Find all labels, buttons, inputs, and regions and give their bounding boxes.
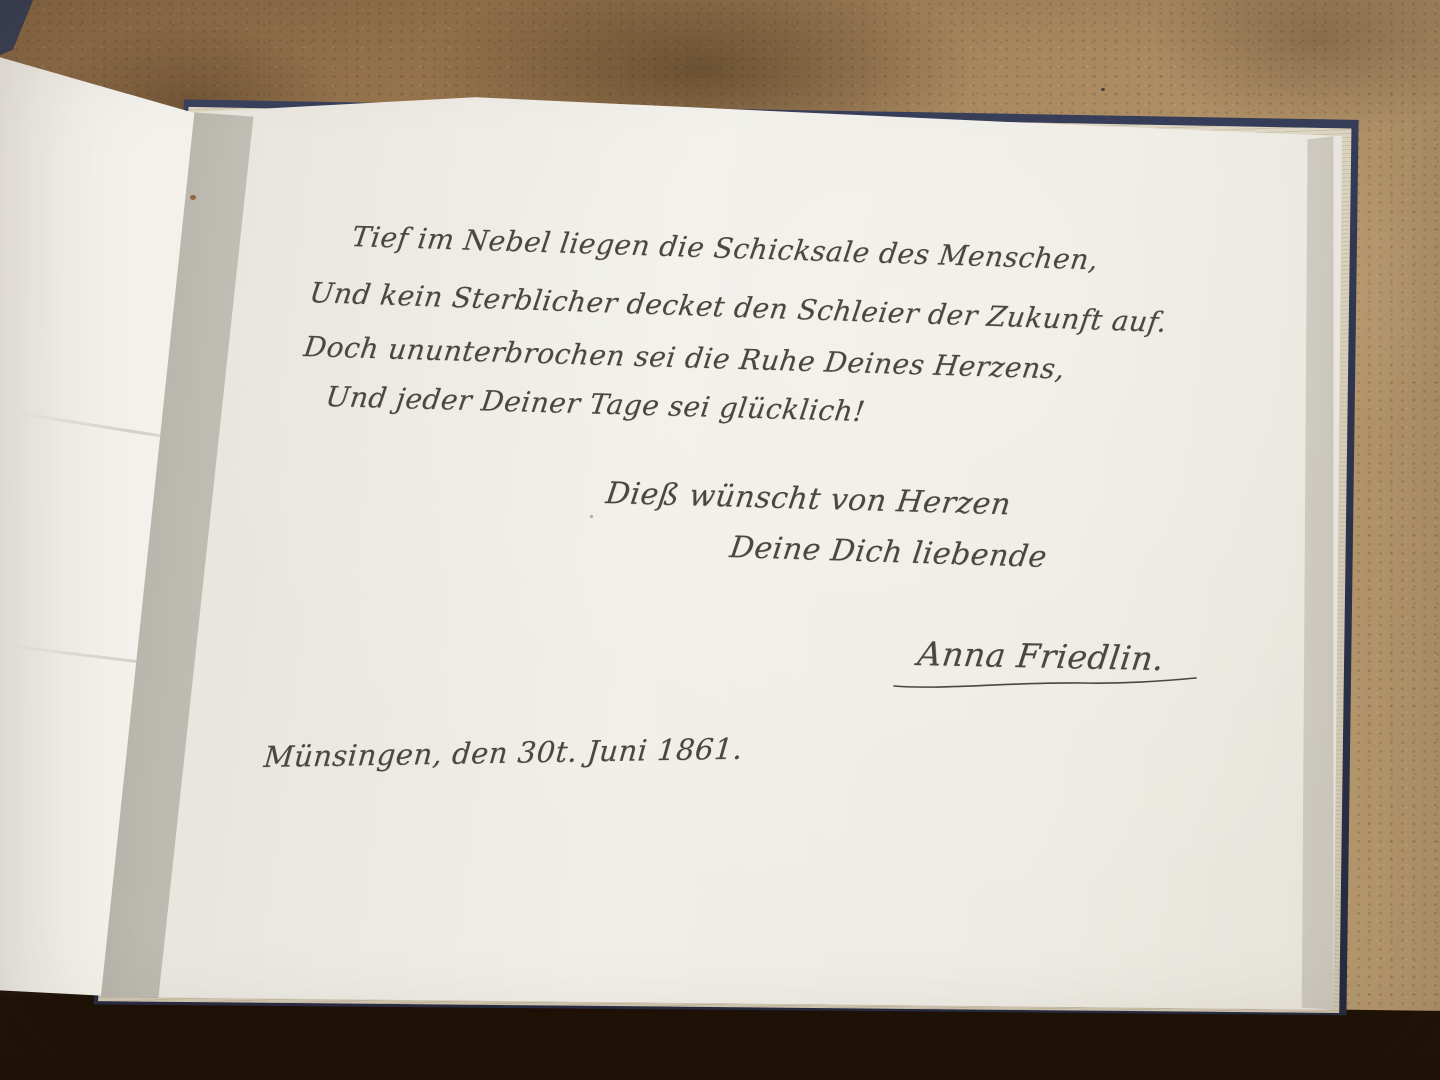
ink-speck	[1101, 88, 1105, 91]
signature: Anna Friedlin.	[916, 634, 1167, 678]
paper-speck	[590, 515, 593, 518]
foxing-spot	[190, 195, 196, 200]
signature-underline-flourish	[892, 674, 1198, 694]
photo-of-open-album: Tief im Nebel liegen die Schicksale des …	[0, 0, 1440, 1080]
